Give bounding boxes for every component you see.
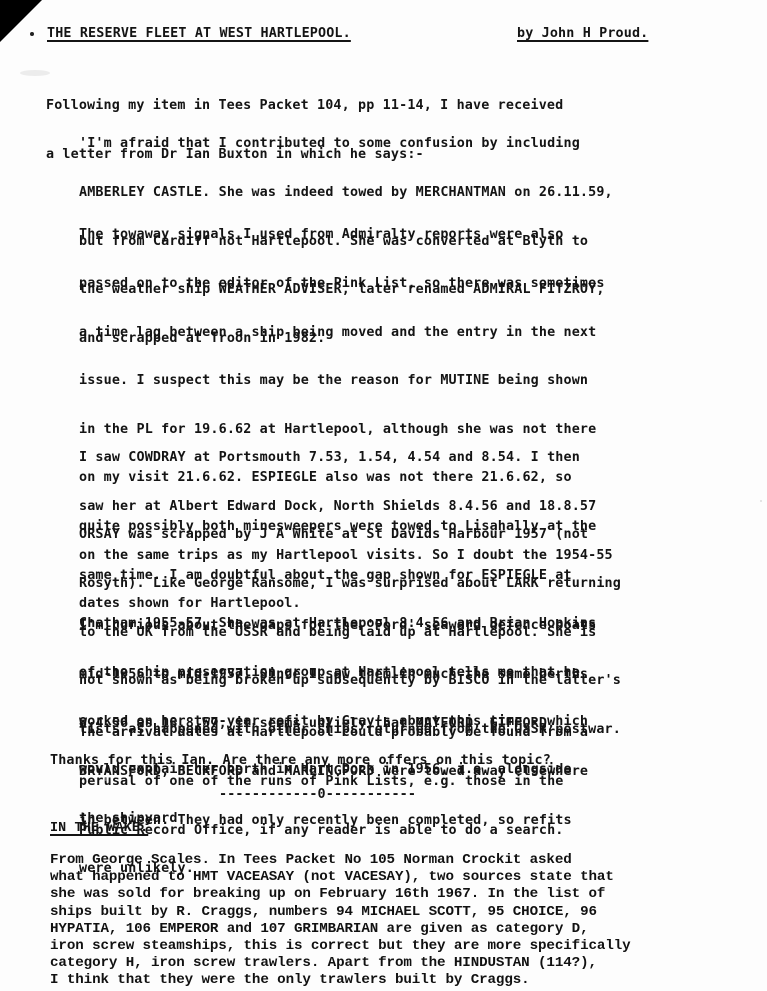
text-line: The arrival dates at Hartlepool could pr…: [79, 725, 588, 741]
text-line: I think that they were the only trawlers…: [50, 972, 631, 989]
scan-speck: [20, 70, 50, 76]
text-line: I'm curious about the gaps for the 'Ford…: [79, 618, 596, 634]
article-title: THE RESERVE FLEET AT WEST HARTLEPOOL.: [47, 26, 351, 42]
section-separator: ------------0-----------: [219, 787, 416, 803]
scan-speck: [104, 778, 107, 781]
text-line: I saw COWDRAY at Portsmouth 7.53, 1.54, …: [79, 450, 613, 466]
text-line: ships built by R. Craggs, numbers 94 MIC…: [50, 904, 631, 921]
article-header: THE RESERVE FLEET AT WEST HARTLEPOOL. by…: [30, 26, 730, 46]
text-line: mid-1956 to mid-1957. Since I saw them i…: [79, 667, 596, 683]
text-line: ORSAY was scrapped by J A White at St Da…: [79, 527, 621, 543]
text-line: iron screw steamships, this is correct b…: [50, 938, 631, 955]
scan-speck: [760, 500, 762, 502]
closing-line: Thanks for this Ian. Are there any more …: [50, 753, 551, 769]
text-line: a time lag between a ship being moved an…: [79, 325, 605, 341]
quote-paragraph-arrival-dates: The arrival dates at Hartlepool could pr…: [79, 693, 588, 871]
text-line: what happened to HMT VACEASAY (not VACES…: [50, 869, 631, 886]
text-line: 'I'm afraid that I contributed to some c…: [79, 136, 613, 152]
text-line: passed on to the editor of the Pink List…: [79, 276, 605, 292]
text-line: she was sold for breaking up on February…: [50, 886, 631, 903]
section-title-in-the-wake: IN THE WAKE.: [50, 821, 148, 837]
text-line: From George Scales. In Tees Packet No 10…: [50, 852, 631, 869]
article-byline: by John H Proud.: [517, 26, 648, 42]
text-line: issue. I suspect this may be the reason …: [79, 373, 605, 389]
text-line: Public Record Office, if any reader is a…: [79, 823, 588, 839]
document-page: THE RESERVE FLEET AT WEST HARTLEPOOL. by…: [0, 0, 767, 991]
in-the-wake-paragraph: From George Scales. In Tees Packet No 10…: [50, 852, 631, 990]
text-line: The towaway signals I used from Admiralt…: [79, 227, 605, 243]
bullet-mark-icon: [30, 32, 34, 36]
text-line: category H, iron screw trawlers. Apart f…: [50, 955, 631, 972]
text-line: HYPATIA, 106 EMPEROR and 107 GRIMBARIAN …: [50, 921, 631, 938]
